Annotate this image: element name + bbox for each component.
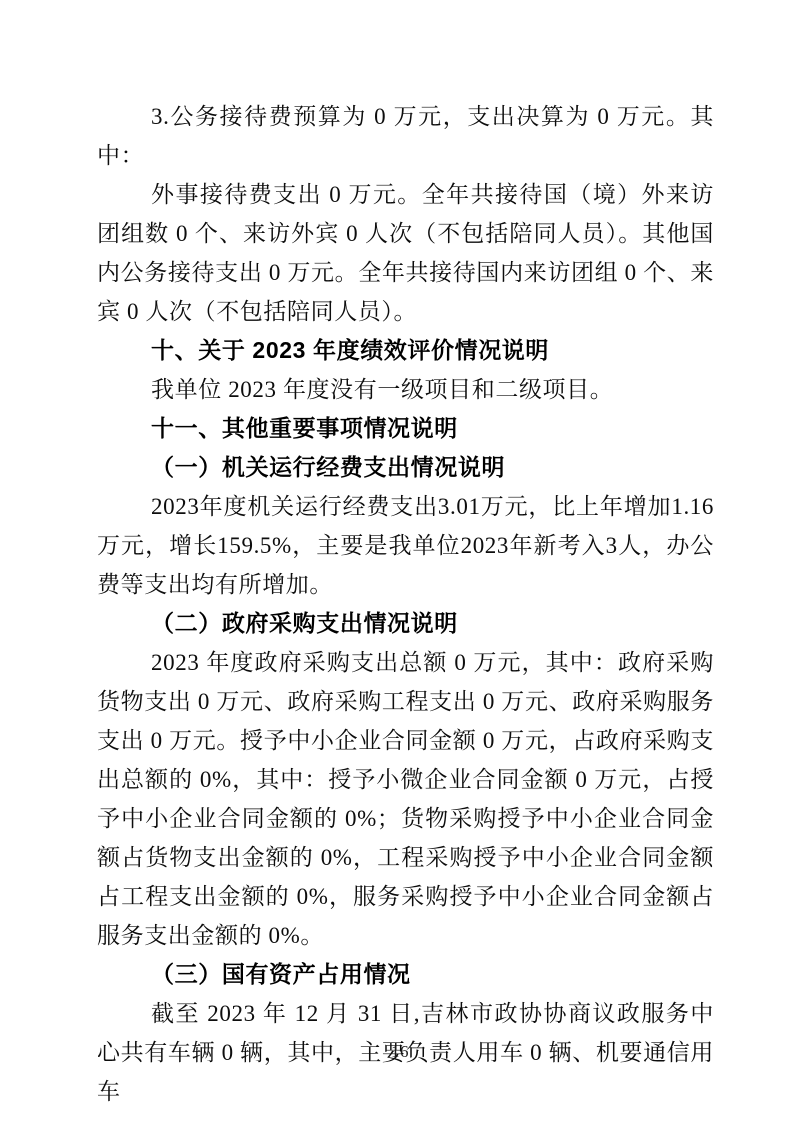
- section-heading: 十、关于 2023 年度绩效评价情况说明: [97, 331, 714, 370]
- document-page: 3.公务接待费预算为 0 万元，支出决算为 0 万元。其中：外事接待费支出 0 …: [0, 0, 800, 1131]
- paragraph: 3.公务接待费预算为 0 万元，支出决算为 0 万元。其中：: [97, 97, 714, 175]
- section-heading: （二）政府采购支出情况说明: [97, 604, 714, 643]
- document-body: 3.公务接待费预算为 0 万元，支出决算为 0 万元。其中：外事接待费支出 0 …: [97, 97, 714, 1111]
- paragraph: 2023年度机关运行经费支出3.01万元，比上年增加1.16万元，增长159.5…: [97, 487, 714, 604]
- page-number: 16: [391, 1042, 409, 1061]
- paragraph: 外事接待费支出 0 万元。全年共接待国（境）外来访团组数 0 个、来访外宾 0 …: [97, 175, 714, 331]
- paragraph: 我单位 2023 年度没有一级项目和二级项目。: [97, 370, 714, 409]
- section-heading: （三）国有资产占用情况: [97, 955, 714, 994]
- paragraph: 2023 年度政府采购支出总额 0 万元，其中：政府采购货物支出 0 万元、政府…: [97, 643, 714, 955]
- section-heading: 十一、其他重要事项情况说明: [97, 409, 714, 448]
- section-heading: （一）机关运行经费支出情况说明: [97, 448, 714, 487]
- page-footer: 16: [0, 1042, 800, 1062]
